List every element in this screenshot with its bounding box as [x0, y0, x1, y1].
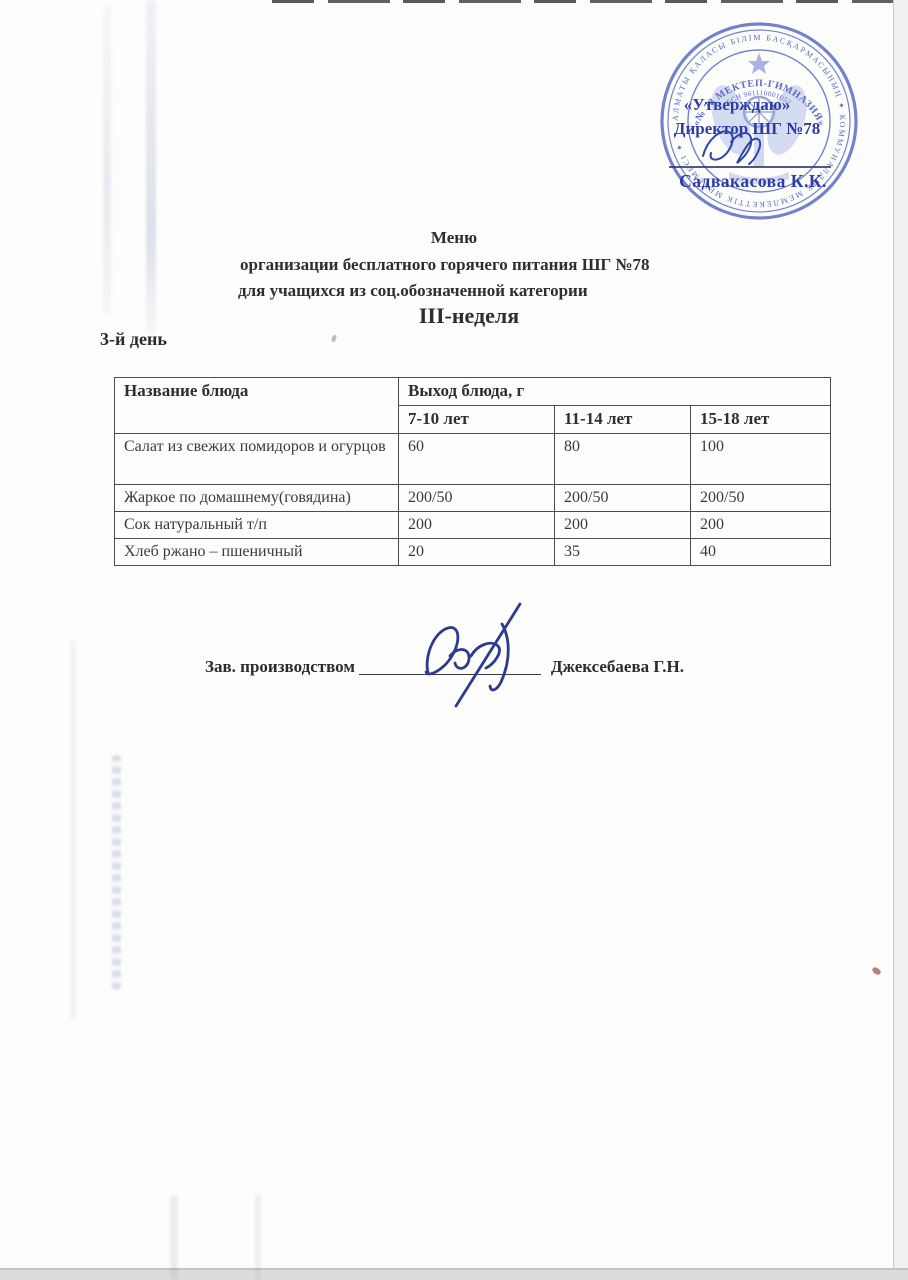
doc-subtitle-2: для учащихся из соц.обозначенной категор…: [238, 281, 588, 301]
dish-yield: 60: [399, 433, 555, 484]
scan-speck: [331, 335, 337, 343]
production-manager-label: Зав. производством: [205, 657, 355, 677]
dish-name: Жаркое по домашнему(говядина): [115, 484, 399, 511]
scan-edge-artifact-right: [893, 0, 908, 1280]
scan-edge-artifact-top: [272, 0, 896, 3]
table-row: Сок натуральный т/п 200 200 200: [115, 511, 831, 538]
dish-yield: 20: [399, 538, 555, 565]
col-header-age-2: 11-14 лет: [555, 405, 691, 433]
table-header-row: Название блюда Выход блюда, г: [115, 378, 831, 406]
director-name: Садвакасова К.К.: [679, 171, 827, 191]
dish-name: Сок натуральный т/п: [115, 511, 399, 538]
scan-smudge: [255, 1195, 261, 1280]
scan-edge-artifact-bottom: [0, 1268, 908, 1280]
official-seal: АЛМАТЫ ҚАЛАСЫ БІЛІМ БАСҚАРМАСЫНЫҢ ✦ КОММ…: [645, 20, 873, 228]
dish-yield: 80: [555, 433, 691, 484]
approve-label: «Утверждаю»: [684, 95, 790, 114]
dish-name: Хлеб ржано – пшеничный: [115, 538, 399, 565]
col-header-age-1: 7-10 лет: [399, 405, 555, 433]
col-header-age-3: 15-18 лет: [691, 405, 831, 433]
table-row: Жаркое по домашнему(говядина) 200/50 200…: [115, 484, 831, 511]
dish-yield: 200: [555, 511, 691, 538]
scan-smudge: [146, 0, 156, 335]
day-label: 3-й день: [100, 329, 167, 350]
scan-speck: [871, 966, 882, 976]
manager-signature: [398, 598, 578, 713]
dish-yield: 200/50: [555, 484, 691, 511]
dish-yield: 200: [691, 511, 831, 538]
scan-smudge: [170, 1195, 178, 1280]
dish-yield: 200: [399, 511, 555, 538]
director-label: Директор ШГ №78: [674, 119, 820, 138]
table-row: Хлеб ржано – пшеничный 20 35 40: [115, 538, 831, 565]
approval-stamp: АЛМАТЫ ҚАЛАСЫ БІЛІМ БАСҚАРМАСЫНЫҢ ✦ КОММ…: [645, 20, 873, 228]
scan-smudge: [70, 640, 76, 1020]
dish-yield: 40: [691, 538, 831, 565]
scan-smudge: [103, 5, 111, 315]
doc-subtitle-1: организации бесплатного горячего питания…: [240, 255, 650, 275]
dish-yield: 35: [555, 538, 691, 565]
dish-yield: 100: [691, 433, 831, 484]
dish-yield: 200/50: [399, 484, 555, 511]
dish-name: Салат из свежих помидоров и огурцов: [115, 433, 399, 484]
scan-smudge: [112, 755, 121, 990]
scanned-document-page: АЛМАТЫ ҚАЛАСЫ БІЛІМ БАСҚАРМАСЫНЫҢ ✦ КОММ…: [0, 0, 908, 1280]
menu-table: Название блюда Выход блюда, г 7-10 лет 1…: [114, 377, 831, 566]
col-header-yield: Выход блюда, г: [399, 378, 831, 406]
week-label: III-неделя: [0, 303, 908, 329]
dish-yield: 200/50: [691, 484, 831, 511]
table-row: Салат из свежих помидоров и огурцов 60 8…: [115, 433, 831, 484]
doc-title: Меню: [0, 228, 908, 248]
col-header-dish: Название блюда: [115, 378, 399, 434]
